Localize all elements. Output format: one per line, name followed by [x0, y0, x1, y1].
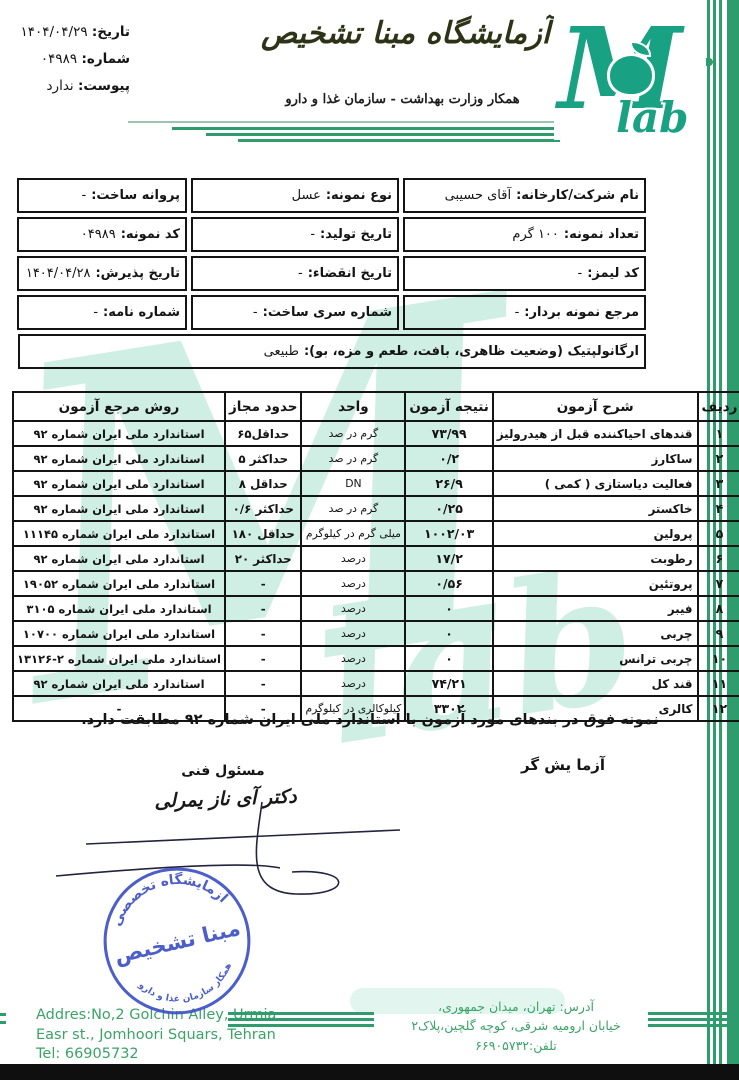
doc-date: تاریخ: ۱۴۰۴/۰۴/۲۹: [0, 24, 130, 40]
info-cell: کد نمونه:۰۴۹۸۹: [17, 217, 187, 252]
result-num-cell: ۲: [698, 446, 739, 471]
info-value: -: [82, 188, 87, 203]
result-result-cell: ۰/۲: [405, 446, 492, 471]
result-unit-cell: گرم در صد: [301, 421, 405, 446]
logo-lab-word: lab: [616, 93, 689, 142]
result-result-cell: ۰: [405, 621, 492, 646]
result-limit-cell: حداکثر ۰/۶: [225, 496, 301, 521]
info-label: شماره نامه:: [103, 305, 180, 320]
doc-number-label: شماره:: [81, 51, 130, 67]
result-unit-cell: میلی گرم در کیلوگرم: [301, 521, 405, 546]
result-method-cell: استاندارد ملی ایران شماره ۱۹۰۵۲: [13, 571, 225, 596]
footer-stripe: [648, 1012, 739, 1015]
stamp-center-text: مبنا تشخیص: [112, 916, 243, 969]
footer-en-line: Tel: 66905732: [36, 1045, 276, 1065]
result-limit-cell: -: [225, 646, 301, 671]
result-method-cell: استاندارد ملی ایران شماره ۲-۱۳۱۲۶: [13, 646, 225, 671]
info-value: آقای حسیبی: [445, 188, 511, 203]
conformity-note: نمونه فوق در بندهای مورد آزمون با استاند…: [40, 712, 700, 728]
info-row: مرجع نمونه بردار:-شماره سری ساخت:-شماره …: [10, 295, 646, 330]
info-value: ۱۴۰۴/۰۴/۲۸: [26, 266, 91, 281]
result-row: ۲ساکارز۰/۲گرم در صدحداکثر ۵استاندارد ملی…: [13, 446, 739, 471]
info-cell: مرجع نمونه بردار:-: [403, 295, 646, 330]
result-limit-cell: حداکثر ۵: [225, 446, 301, 471]
result-result-cell: ۲۶/۹: [405, 471, 492, 496]
result-name-cell: رطوبت: [493, 546, 698, 571]
result-name-cell: خاکستر: [493, 496, 698, 521]
result-limit-cell: حداقل۶۵: [225, 421, 301, 446]
result-num-cell: ۱۲: [698, 696, 739, 721]
info-cell: شماره نامه:-: [17, 295, 187, 330]
apple-body: [610, 56, 652, 94]
result-name-cell: فعالیت دیاستازی ( کمی ): [493, 471, 698, 496]
result-num-cell: ۱۰: [698, 646, 739, 671]
result-unit-cell: درصد: [301, 646, 405, 671]
footer-address-persian: آدرس: تهران، میدان جمهوری، خیابان ارومیه…: [392, 997, 640, 1055]
result-unit-cell: گرم در صد: [301, 496, 405, 521]
header-stripe: [172, 127, 560, 130]
result-result-cell: ۷۳/۹۹: [405, 421, 492, 446]
result-row: ۱۰چربی ترانس۰درصد-استاندارد ملی ایران شم…: [13, 646, 739, 671]
result-method-cell: استاندارد ملی ایران شماره ۱۰۷۰۰: [13, 621, 225, 646]
info-cell: تاریخ تولید:-: [191, 217, 399, 252]
result-unit-cell: درصد: [301, 546, 405, 571]
result-limit-cell: حداکثر ۲۰: [225, 546, 301, 571]
result-limit-cell: -: [225, 671, 301, 696]
result-unit-cell: گرم در صد: [301, 446, 405, 471]
footer-stripe: [228, 1024, 374, 1027]
footer-edge-dot: [0, 1013, 6, 1016]
info-cell: تاریخ پذیرش:۱۴۰۴/۰۴/۲۸: [17, 256, 187, 291]
doc-attachment-label: پیوست:: [78, 78, 130, 94]
footer-en-line: Easr st., Jomhoori Squars, Tehran: [36, 1026, 276, 1046]
result-result-cell: ۱۰۰۲/۰۳: [405, 521, 492, 546]
info-label: نوع نمونه:: [326, 188, 392, 203]
info-label: کد نمونه:: [121, 227, 180, 242]
result-name-cell: قندهای احیاکننده قبل از هیدرولیز: [493, 421, 698, 446]
info-cell: تاریخ انقضاء:-: [191, 256, 399, 291]
result-method-cell: استاندارد ملی ایران شماره ۹۲: [13, 671, 225, 696]
result-result-cell: ۰: [405, 646, 492, 671]
result-result-cell: ۰: [405, 596, 492, 621]
result-row: ۸فیبر۰درصد-استاندارد ملی ایران شماره ۳۱۰…: [13, 596, 739, 621]
info-value: -: [298, 266, 303, 281]
result-method-cell: استاندارد ملی ایران شماره ۱۱۱۴۵: [13, 521, 225, 546]
result-name-cell: پرولین: [493, 521, 698, 546]
doc-date-value: ۱۴۰۴/۰۴/۲۹: [20, 24, 87, 40]
col-header-unit: واحد: [301, 392, 405, 421]
result-row: ۷پروتئین۰/۵۶درصد-استاندارد ملی ایران شما…: [13, 571, 739, 596]
result-limit-cell: -: [225, 596, 301, 621]
footer-fa-line: آدرس: تهران، میدان جمهوری،: [392, 997, 640, 1016]
result-num-cell: ۸: [698, 596, 739, 621]
apple-icon: [610, 56, 652, 94]
info-cell: تعداد نمونه:۱۰۰ گرم: [403, 217, 646, 252]
technical-manager-label: مسئول فنی: [158, 763, 288, 779]
analyst-label: آزما یش گر: [498, 756, 628, 774]
result-row: ۴خاکستر۰/۲۵گرم در صدحداکثر ۰/۶استاندارد …: [13, 496, 739, 521]
result-row: ۶رطوبت۱۷/۲درصدحداکثر ۲۰استاندارد ملی ایر…: [13, 546, 739, 571]
result-unit-cell: درصد: [301, 671, 405, 696]
info-cell: شماره سری ساخت:-: [191, 295, 399, 330]
test-results-table: ردیف شرح آزمون نتیجه آزمون واحد حدود مجا…: [12, 391, 739, 722]
info-value: -: [253, 305, 258, 320]
doc-attachment-value: ندارد: [47, 78, 74, 94]
footer-stripe: [228, 1012, 374, 1015]
document-page: M lab تاریخ: ۱۴۰۴/۰۴/۲۹ شماره: ۰۴۹۸۹ پیو…: [0, 0, 739, 1080]
result-name-cell: ساکارز: [493, 446, 698, 471]
result-num-cell: ۷: [698, 571, 739, 596]
col-header-method: روش مرجع آزمون: [13, 392, 225, 421]
info-cell: نوع نمونه:عسل: [191, 178, 399, 213]
header-stripe: [128, 121, 558, 123]
info-label: تعداد نمونه:: [564, 227, 639, 242]
result-name-cell: چربی: [493, 621, 698, 646]
result-num-cell: ۱: [698, 421, 739, 446]
info-value: عسل: [292, 188, 321, 203]
result-row: ۹چربی۰درصد-استاندارد ملی ایران شماره ۱۰۷…: [13, 621, 739, 646]
result-method-cell: استاندارد ملی ایران شماره ۹۲: [13, 446, 225, 471]
info-label: تاریخ تولید:: [320, 227, 392, 242]
result-row: ۱قندهای احیاکننده قبل از هیدرولیز۷۳/۹۹گر…: [13, 421, 739, 446]
result-result-cell: ۰/۲۵: [405, 496, 492, 521]
result-unit-cell: درصد: [301, 571, 405, 596]
result-method-cell: استاندارد ملی ایران شماره ۹۲: [13, 496, 225, 521]
footer-edge-dot: [0, 1021, 6, 1024]
info-label: تاریخ پذیرش:: [95, 266, 180, 281]
info-label: تاریخ انقضاء:: [308, 266, 392, 281]
result-method-cell: استاندارد ملی ایران شماره ۹۲: [13, 546, 225, 571]
result-limit-cell: -: [225, 571, 301, 596]
info-value: طبیعی: [264, 344, 299, 359]
result-num-cell: ۶: [698, 546, 739, 571]
organoleptic-row: ارگانولپتیک (وضعیت ظاهری، بافت، طعم و مز…: [10, 334, 646, 369]
info-value: -: [310, 227, 315, 242]
doc-date-label: تاریخ:: [92, 24, 130, 40]
bottom-black-bar: [0, 1064, 739, 1080]
info-label: ارگانولپتیک (وضعیت ظاهری، بافت، طعم و مز…: [304, 344, 639, 359]
doc-number-value: ۰۴۹۸۹: [41, 51, 77, 67]
info-label: کد لیمز:: [587, 266, 639, 281]
result-num-cell: ۹: [698, 621, 739, 646]
info-cell: ارگانولپتیک (وضعیت ظاهری، بافت، طعم و مز…: [18, 334, 646, 369]
info-row: تعداد نمونه:۱۰۰ گرمتاریخ تولید:-کد نمونه…: [10, 217, 646, 252]
sample-info-table: نام شرکت/کارخانه:آقای حسیبینوع نمونه:عسل…: [10, 178, 646, 373]
result-method-cell: استاندارد ملی ایران شماره ۹۲: [13, 421, 225, 446]
lab-affiliation: همکار وزارت بهداشت - سازمان غذا و دارو: [230, 92, 575, 107]
footer-fa-line: تلفن:۶۶۹۰۵۷۳۲: [392, 1036, 640, 1055]
result-num-cell: ۳: [698, 471, 739, 496]
result-result-cell: ۰/۵۶: [405, 571, 492, 596]
info-value: -: [93, 305, 98, 320]
result-result-cell: ۱۷/۲: [405, 546, 492, 571]
col-header-row-number: ردیف: [698, 392, 739, 421]
footer-fa-line: خیابان ارومیه شرقی، کوچه گلچین،پلاک۲: [392, 1016, 640, 1035]
result-unit-cell: درصد: [301, 596, 405, 621]
result-method-cell: استاندارد ملی ایران شماره ۹۲: [13, 471, 225, 496]
info-value: -: [578, 266, 583, 281]
info-cell: کد لیمز:-: [403, 256, 646, 291]
result-name-cell: قند کل: [493, 671, 698, 696]
footer-stripe: [648, 1018, 739, 1021]
result-num-cell: ۵: [698, 521, 739, 546]
info-value: -: [515, 305, 520, 320]
info-row: نام شرکت/کارخانه:آقای حسیبینوع نمونه:عسل…: [10, 178, 646, 213]
info-value: ۱۰۰ گرم: [512, 227, 559, 242]
result-row: ۵پرولین۱۰۰۲/۰۳میلی گرم در کیلوگرمحداقل ۱…: [13, 521, 739, 546]
result-name-cell: چربی ترانس: [493, 646, 698, 671]
result-name-cell: پروتئین: [493, 571, 698, 596]
result-unit-cell: DN: [301, 471, 405, 496]
col-header-test-result: نتیجه آزمون: [405, 392, 492, 421]
info-label: مرجع نمونه بردار:: [524, 305, 639, 320]
info-label: نام شرکت/کارخانه:: [516, 188, 639, 203]
info-value: ۰۴۹۸۹: [81, 227, 116, 242]
result-unit-cell: درصد: [301, 621, 405, 646]
result-name-cell: فیبر: [493, 596, 698, 621]
footer-stripe: [228, 1018, 374, 1021]
result-limit-cell: حداقل ۸: [225, 471, 301, 496]
doc-meta: تاریخ: ۱۴۰۴/۰۴/۲۹ شماره: ۰۴۹۸۹ پیوست: ند…: [0, 24, 130, 105]
info-cell: پروانه ساخت:-: [17, 178, 187, 213]
doc-attachment: پیوست: ندارد: [0, 78, 130, 94]
doc-number: شماره: ۰۴۹۸۹: [0, 51, 130, 67]
info-cell: نام شرکت/کارخانه:آقای حسیبی: [403, 178, 646, 213]
result-num-cell: ۴: [698, 496, 739, 521]
info-label: پروانه ساخت:: [91, 188, 180, 203]
info-row: کد لیمز:-تاریخ انقضاء:-تاریخ پذیرش:۱۴۰۴/…: [10, 256, 646, 291]
result-row: ۱۱قند کل۷۴/۲۱درصد-استاندارد ملی ایران شم…: [13, 671, 739, 696]
result-row: ۳فعالیت دیاستازی ( کمی )۲۶/۹DNحداقل ۸است…: [13, 471, 739, 496]
col-header-limit: حدود مجاز: [225, 392, 301, 421]
result-limit-cell: حداقل ۱۸۰: [225, 521, 301, 546]
lab-logo: M lab: [554, 12, 706, 140]
results-header-row: ردیف شرح آزمون نتیجه آزمون واحد حدود مجا…: [13, 392, 739, 421]
header-stripe: [238, 139, 560, 142]
result-method-cell: استاندارد ملی ایران شماره ۳۱۰۵: [13, 596, 225, 621]
result-result-cell: ۷۴/۲۱: [405, 671, 492, 696]
header-stripe: [206, 133, 560, 136]
result-limit-cell: -: [225, 621, 301, 646]
result-num-cell: ۱۱: [698, 671, 739, 696]
lab-name-calligraphy: آزمایشگاه مبنا تشخیص: [248, 16, 563, 51]
footer-stripe: [648, 1024, 739, 1027]
col-header-test-name: شرح آزمون: [493, 392, 698, 421]
info-label: شماره سری ساخت:: [263, 305, 392, 320]
